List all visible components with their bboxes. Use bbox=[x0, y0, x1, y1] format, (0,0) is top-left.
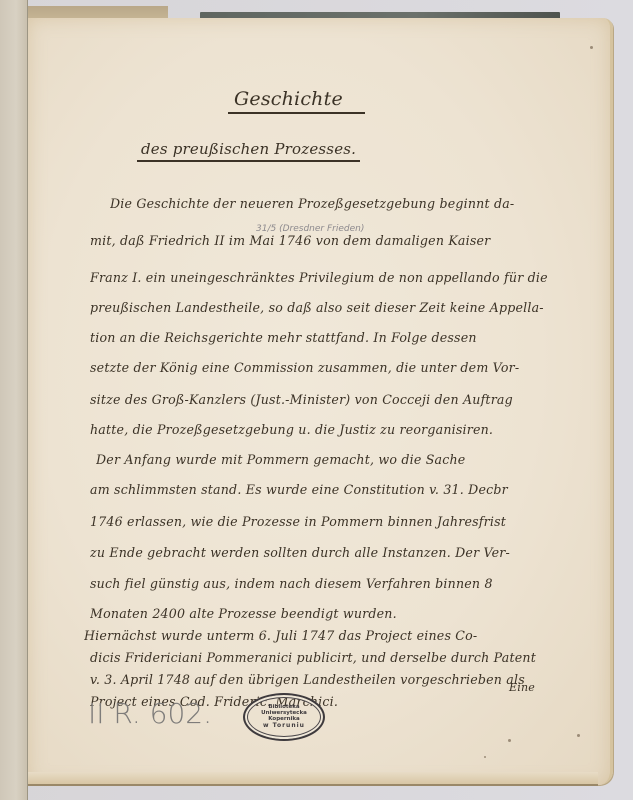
body-line: hatte, die Prozeßgesetzgebung u. die Jus… bbox=[90, 422, 570, 437]
body-line: am schlimmsten stand. Es wurde eine Cons… bbox=[90, 482, 570, 497]
body-line: preußischen Landestheile, so daß also se… bbox=[90, 300, 570, 315]
stamp-line-1: Biblioteka Uniwersytecka bbox=[245, 705, 323, 717]
foxing-spot bbox=[577, 734, 580, 737]
body-line: such fiel günstig aus, indem nach diesem… bbox=[90, 576, 570, 591]
body-line: Hiernächst wurde unterm 6. Juli 1747 das… bbox=[84, 628, 564, 643]
title-line-1: Geschichte bbox=[228, 88, 365, 114]
body-line: Monaten 2400 alte Prozesse beendigt wurd… bbox=[90, 606, 570, 621]
stamp-line-3: w Toruniu bbox=[263, 723, 305, 729]
facing-page-edge bbox=[0, 0, 28, 800]
title-line-2: des preußischen Prozesses. bbox=[137, 140, 360, 162]
body-line: mit, daß Friedrich II im Mai 1746 von de… bbox=[90, 233, 570, 248]
foxing-spot bbox=[508, 739, 511, 742]
body-line: 1746 erlassen, wie die Prozesse in Pomme… bbox=[90, 514, 570, 529]
body-line: Die Geschichte der neueren Prozeßgesetzg… bbox=[110, 196, 570, 211]
body-line: Der Anfang wurde mit Pommern gemacht, wo… bbox=[96, 452, 576, 467]
page-bottom-edge bbox=[28, 772, 598, 786]
body-line: setzte der König eine Commission zusamme… bbox=[90, 360, 570, 375]
shelfmark-pencil: II R. 602. bbox=[88, 697, 212, 730]
body-line: tion an die Reichsgerichte mehr stattfan… bbox=[90, 330, 570, 345]
binding-edge bbox=[28, 6, 168, 18]
foxing-spot bbox=[484, 756, 486, 758]
body-line: v. 3. April 1748 auf den übrigen Landest… bbox=[90, 672, 570, 687]
body-line: Franz I. ein uneingeschränktes Privilegi… bbox=[90, 270, 570, 285]
foxing-spot bbox=[590, 46, 593, 49]
catchword: Eine bbox=[509, 681, 535, 694]
body-line: dicis Fridericiani Pommeranici publicirt… bbox=[90, 650, 570, 665]
body-line: sitze des Groß-Kanzlers (Just.-Minister)… bbox=[90, 392, 570, 407]
body-line: zu Ende gebracht werden sollten durch al… bbox=[90, 545, 570, 560]
library-stamp: Biblioteka Uniwersytecka Kopernika w Tor… bbox=[243, 693, 325, 741]
